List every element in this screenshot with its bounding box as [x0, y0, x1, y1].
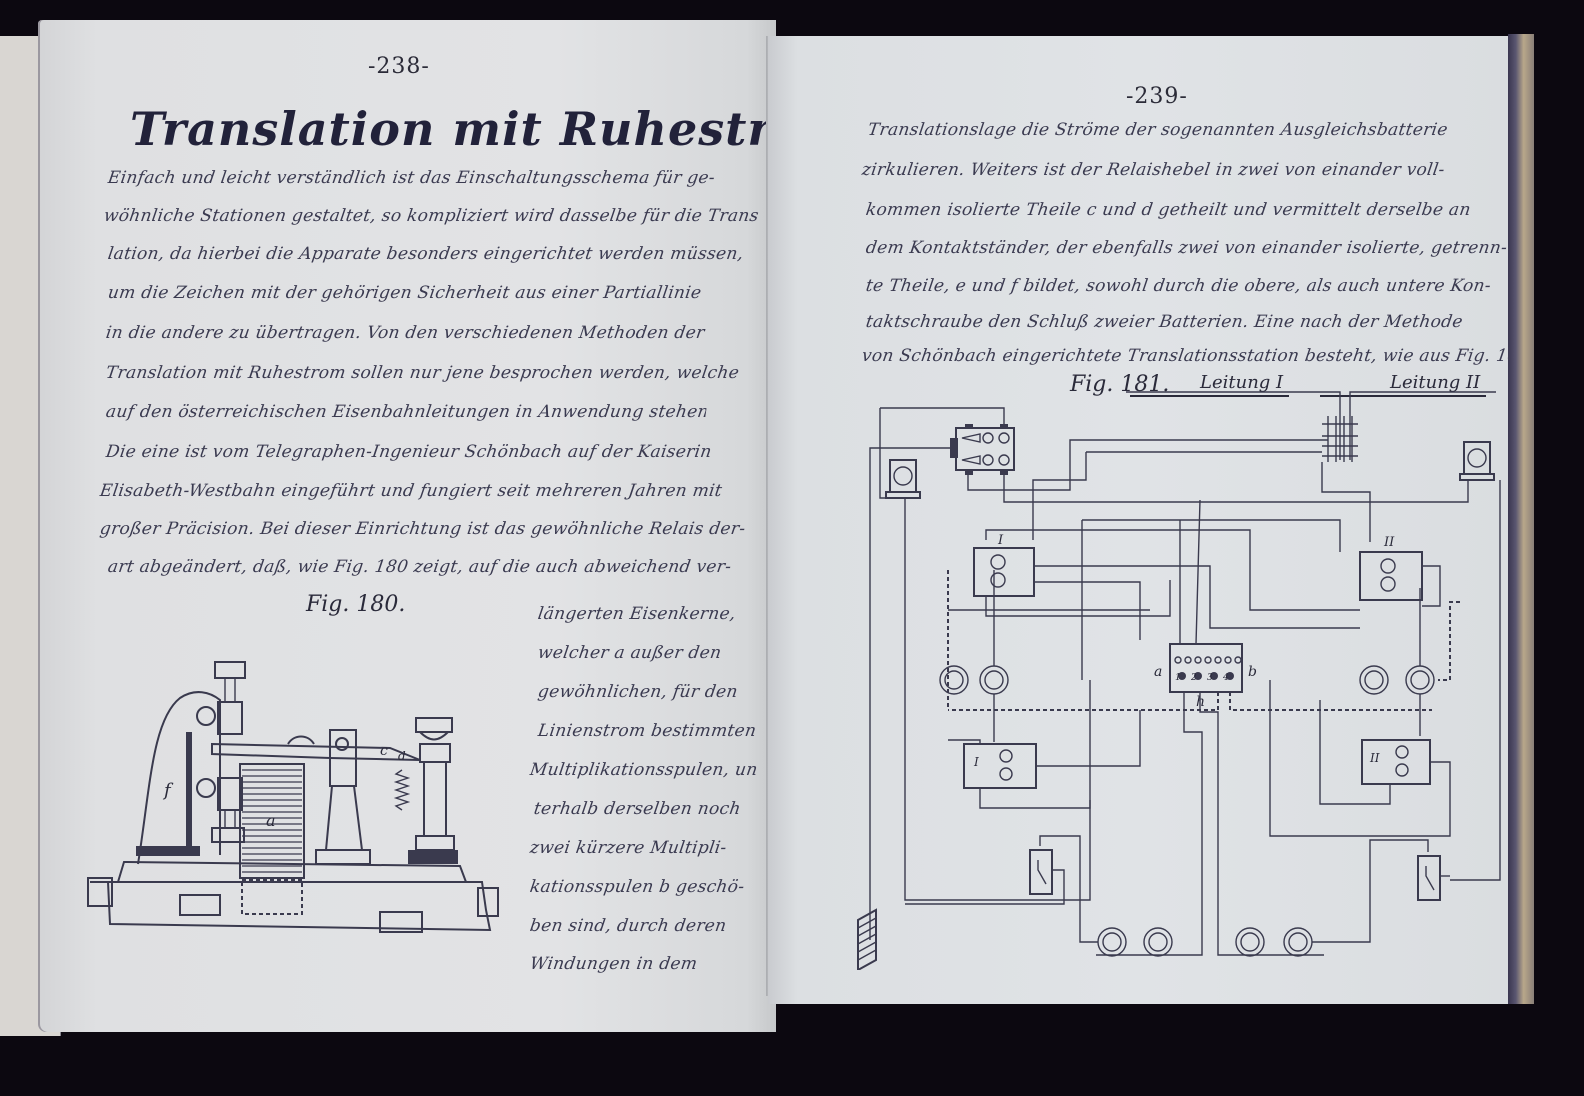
text-line: art abgeändert, daß, wie Fig. 180 zeigt,… — [107, 557, 760, 577]
text-line: auf den österreichischen Eisenbahnleitun… — [105, 402, 708, 422]
text-line: Multiplikationsspulen, un- — [529, 760, 760, 780]
text-line: kommen isolierte Theile c und d getheilt… — [865, 200, 1510, 220]
text-line: längerten Eisenkerne, — [537, 604, 760, 624]
figure-180-relay-illustration: f c a d — [80, 620, 520, 940]
text-line: Elisabeth-Westbahn eingeführt und fungie… — [99, 481, 760, 501]
text-line: te Theile, e und f bildet, sowohl durch … — [865, 276, 1510, 296]
text-line: kationsspulen b geschö- — [529, 877, 760, 897]
text-line: Die eine ist vom Telegraphen-Ingenieur S… — [105, 442, 760, 462]
key-ii-label: II — [1369, 751, 1380, 765]
text-line: taktschraube den Schluß zweier Batterien… — [865, 312, 1510, 332]
text-line: zirkulieren. Weiters ist der Relaishebel… — [861, 160, 1510, 180]
commutator-label-b: b — [1248, 664, 1257, 680]
text-line: in die andere zu übertragen. Von den ver… — [105, 323, 760, 343]
text-line: welcher a außer den — [537, 643, 760, 663]
figure-181-circuit-diagram: I II a b h 1 2 3 4 — [850, 380, 1530, 970]
text-line: großer Präcision. Bei dieser Einrichtung… — [99, 519, 760, 539]
text-line: wöhnliche Stationen gestaltet, so kompli… — [103, 206, 760, 226]
text-line: um die Zeichen mit der gehörigen Sicherh… — [107, 283, 760, 303]
page-number-239: -239- — [1126, 84, 1188, 109]
position-2: 2 — [1190, 673, 1197, 683]
label-f: f — [162, 780, 174, 801]
figure-180-caption: Fig. 180. — [306, 592, 405, 617]
label-d: d — [398, 749, 406, 763]
position-1: 1 — [1175, 673, 1181, 683]
text-line: zwei kürzere Multipli- — [529, 838, 760, 858]
chapter-title: Translation mit Ruhestrom. — [130, 102, 871, 156]
text-line: gewöhnlichen, für den — [537, 682, 760, 702]
commutator-label-a: a — [1154, 664, 1162, 680]
text-line: lation, da hierbei die Apparate besonder… — [107, 244, 760, 264]
text-line: terhalb derselben noch — [533, 799, 760, 819]
page-number-238: -238- — [368, 54, 430, 79]
text-line: Windungen in dem — [529, 954, 760, 974]
relay-i-label: I — [997, 533, 1004, 548]
text-line: von Schönbach eingerichtete Translations… — [861, 346, 1510, 366]
label-a: a — [266, 811, 276, 830]
text-line: Translationslage die Ströme der sogenann… — [867, 120, 1510, 140]
open-book: -238- Translation mit Ruhestrom. Einfach… — [0, 0, 1584, 1096]
text-line: ben sind, durch deren — [529, 916, 760, 936]
text-line: dem Kontaktständer, der ebenfalls zwei v… — [865, 238, 1510, 258]
text-line: Einfach und leicht verständlich ist das … — [107, 168, 760, 188]
key-i-label: I — [973, 755, 979, 769]
position-4: 4 — [1222, 673, 1229, 683]
relay-ii-label: II — [1383, 535, 1395, 550]
text-line: Linienstrom bestimmten — [537, 721, 760, 741]
position-3: 3 — [1207, 673, 1213, 683]
label-c: c — [380, 743, 388, 759]
text-line: Translation mit Ruhestrom sollen nur jen… — [105, 363, 760, 383]
